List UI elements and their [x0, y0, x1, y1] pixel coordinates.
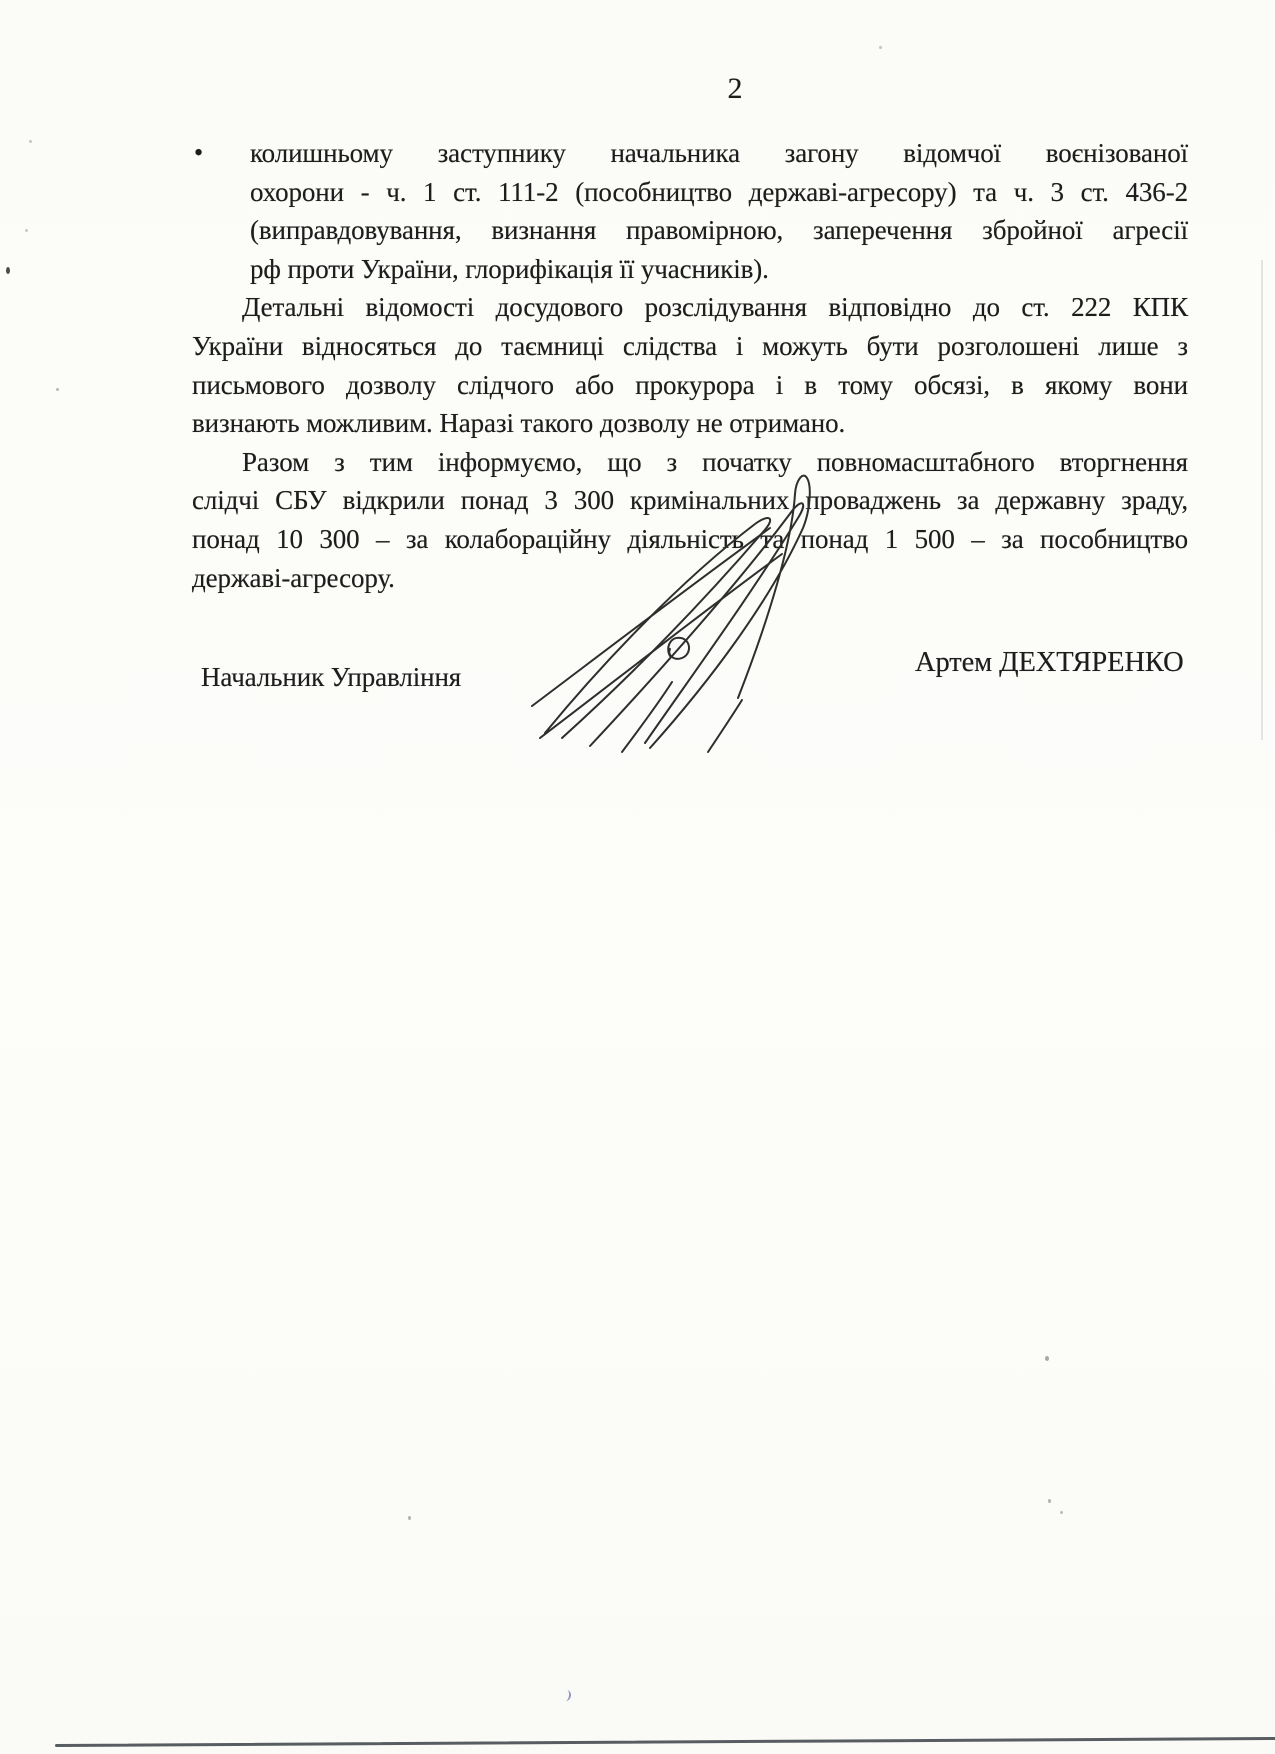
ink-speck	[56, 388, 59, 391]
ink-speck	[1048, 1499, 1051, 1503]
text-line: рф проти України, глорифікація її учасни…	[250, 250, 1188, 289]
scanned-document-page: 2 • колишньому заступнику начальника заг…	[0, 0, 1275, 1754]
bullet-item-text: колишньому заступнику начальника загону …	[250, 134, 1188, 288]
scan-bottom-edge-line	[55, 1737, 1275, 1747]
handwritten-signature-icon	[520, 466, 842, 754]
text-line: колишньому заступнику начальника загону …	[250, 134, 1188, 173]
text-line: (виправдовування, визнання правомірною, …	[250, 211, 1188, 250]
ink-speck	[1045, 1356, 1049, 1361]
ink-speck	[6, 267, 10, 274]
bullet-list-item: • колишньому заступнику начальника загон…	[192, 134, 1188, 288]
text-line: охорони - ч. 1 ст. 111-2 (пособництво де…	[250, 173, 1188, 212]
ink-speck	[29, 140, 32, 143]
text-line: письмового дозволу слідчого або прокурор…	[192, 366, 1188, 405]
paragraph-secrecy: Детальні відомості досудового розслідува…	[192, 288, 1188, 442]
signer-name: Артем ДЕХТЯРЕНКО	[915, 646, 1184, 680]
ink-speck	[879, 46, 882, 49]
ink-speck	[25, 229, 28, 232]
signer-position-title: Начальник Управління	[201, 660, 461, 694]
ink-speck	[1060, 1511, 1063, 1514]
text-line: Детальні відомості досудового розслідува…	[192, 288, 1188, 327]
page-number: 2	[700, 72, 770, 106]
bullet-icon: •	[192, 134, 250, 173]
ink-speck-blue	[562, 1689, 571, 1701]
text-line: визнають можливим. Наразі такого дозволу…	[192, 404, 1188, 443]
ink-speck	[408, 1516, 411, 1520]
text-line: України відносяться до таємниці слідства…	[192, 327, 1188, 366]
scan-streak	[1261, 260, 1263, 740]
